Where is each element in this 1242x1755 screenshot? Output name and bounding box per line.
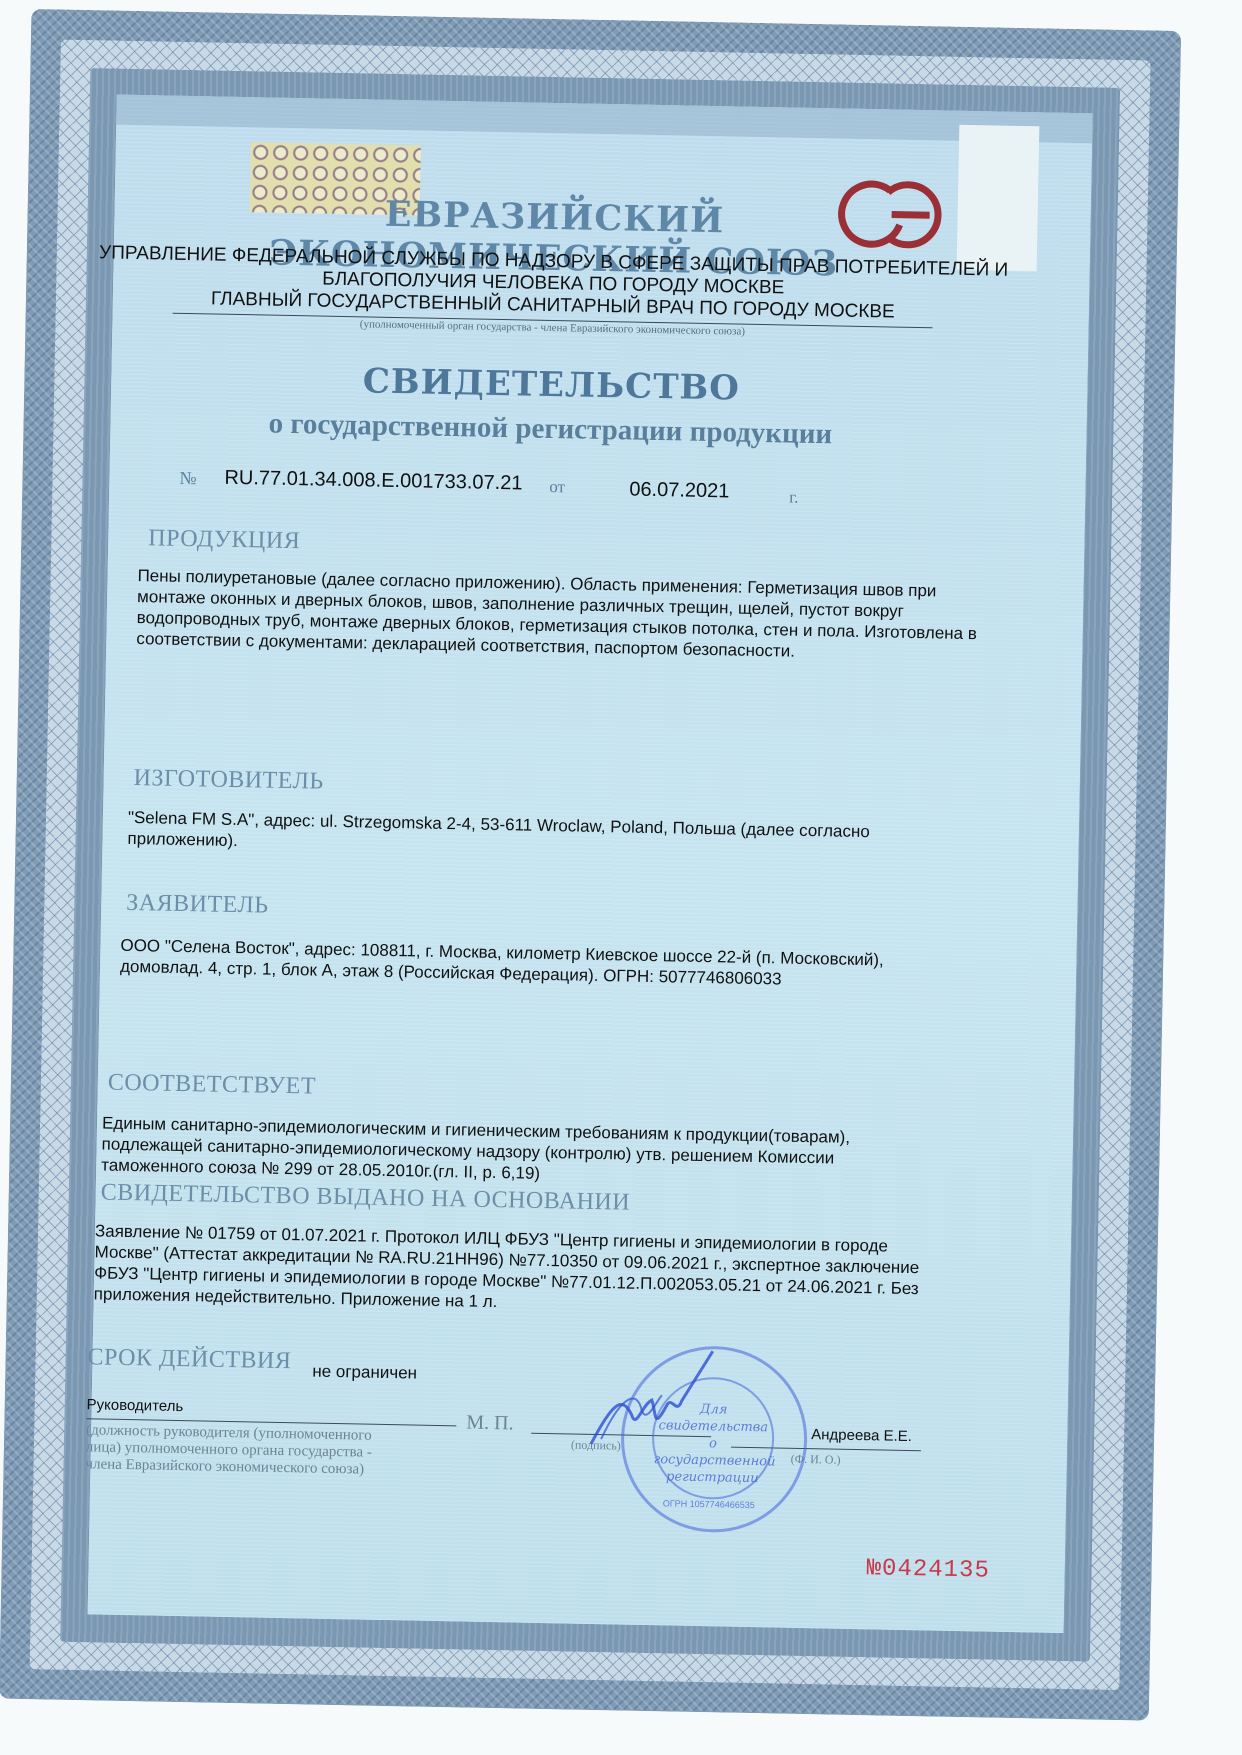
validity-value: не ограничен <box>312 1361 512 1386</box>
product-label: ПРОДУКЦИЯ <box>148 525 300 555</box>
year-suffix: г. <box>789 488 799 508</box>
from-label: от <box>549 477 565 497</box>
seal-label: М. П. <box>466 1412 514 1436</box>
position-label: Руководитель <box>86 1396 183 1415</box>
validity-label: СРОК ДЕЙСТВИЯ <box>87 1344 291 1375</box>
registration-line: № RU.77.01.34.008.Е.001733.07.21 от 06.0… <box>179 466 959 511</box>
certificate-field: ЕВРАЗИЙСКИЙ ЭКОНОМИЧЕСКИЙ СОЮЗ УПРАВЛЕНИ… <box>88 95 1093 1633</box>
basis-label: СВИДЕТЕЛЬСТВО ВЫДАНО НА ОСНОВАНИИ <box>100 1179 630 1216</box>
registration-date: 06.07.2021 <box>629 478 730 503</box>
product-text: Пены полиуретановые (далее согласно прил… <box>136 565 1037 666</box>
number-label: № <box>179 468 197 489</box>
stamp-ring-text: ОГРН 1057746466535 <box>663 1498 755 1510</box>
position-note: (должность руководителя (уполномоченного… <box>85 1422 466 1480</box>
certificate-subtitle: о государственной регистрации продукции <box>170 406 930 454</box>
complies-text: Единым санитарно-эпидемиологическим и ги… <box>101 1112 1002 1192</box>
certificate-title: СВИДЕТЕЛЬСТВО <box>171 358 932 413</box>
serial-number: №0424135 <box>866 1555 990 1584</box>
signer-name: Андреева Е.Е. <box>811 1426 912 1445</box>
applicant-label: ЗАЯВИТЕЛЬ <box>126 890 269 920</box>
basis-text: Заявление № 01759 от 01.07.2021 г. Прото… <box>94 1220 1035 1322</box>
signature-icon <box>581 1344 723 1467</box>
manufacturer-text: "Selena FM S.A", адрес: ul. Strzegomska … <box>127 807 1028 866</box>
applicant-text: ООО "Селена Восток", адрес: 108811, г. М… <box>120 935 1021 994</box>
certificate-sheet: ЕВРАЗИЙСКИЙ ЭКОНОМИЧЕСКИЙ СОЮЗ УПРАВЛЕНИ… <box>0 9 1206 1732</box>
complies-label: СООТВЕТСТВУЕТ <box>108 1070 317 1101</box>
stamp-line: регистрации <box>653 1468 771 1487</box>
registration-number: RU.77.01.34.008.Е.001733.07.21 <box>224 467 522 496</box>
manufacturer-label: ИЗГОТОВИТЕЛЬ <box>133 765 324 796</box>
